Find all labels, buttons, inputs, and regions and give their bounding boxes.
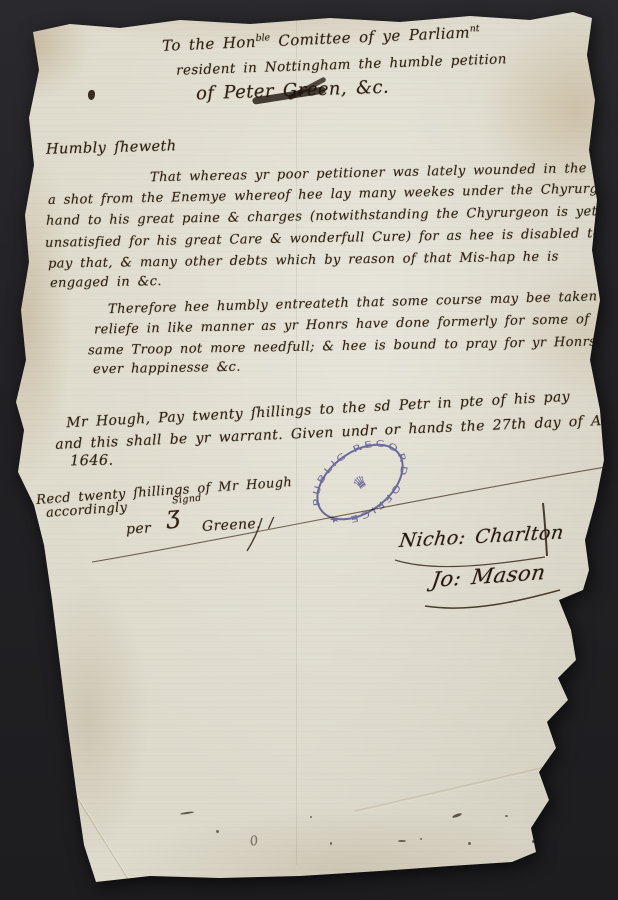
wrinkle-bottom-right <box>354 766 550 814</box>
public-record-office-stamp: PUBLIC RECORD OFFICE ★ ♛ <box>295 430 435 540</box>
fold-crease-vertical <box>296 20 297 865</box>
ink-speck <box>452 812 462 818</box>
stamp-oval-border <box>304 430 417 534</box>
petition-body-line: pay that, & many other debts which by re… <box>48 249 559 271</box>
petition-address-line-3: of Peter Green, &c. <box>196 77 390 105</box>
ink-speck <box>420 838 422 840</box>
petition-request-line: same Troop not more needfull; & hee is b… <box>88 335 597 359</box>
petition-request-line: ever happinesse &c. <box>93 360 241 378</box>
ink-speck <box>180 811 194 815</box>
receipt-per: per <box>126 520 152 537</box>
manuscript-paper: To the Honble Comittee of ye Parliamnt r… <box>0 0 618 900</box>
petition-address-line-1: To the Honble Comittee of ye Parliamnt <box>162 23 480 55</box>
ink-blot <box>88 90 95 100</box>
petition-body-line: unsatisfied for his great Care & wonderf… <box>45 226 601 251</box>
petition-body-line: That whereas yr poor petitioner was late… <box>150 160 618 186</box>
fold-crease-bottom-left <box>24 713 135 888</box>
petitioner-name: Peter Green <box>223 78 341 103</box>
ink-speck <box>216 830 219 833</box>
superscript-nt: nt <box>469 23 479 34</box>
address-text-mid: Comittee of ye Parliam <box>270 24 470 51</box>
order-date-year: 1646. <box>70 453 114 470</box>
ink-speck <box>505 815 508 817</box>
paper-shadow-wrap: To the Honble Comittee of ye Parliamnt r… <box>0 0 618 900</box>
etc-text: , &c. <box>340 77 389 100</box>
petition-body-line: hand to his great paine & charges (notwi… <box>46 204 598 229</box>
petition-body-line: a shot from the Enemye whereof hee lay m… <box>48 181 618 208</box>
receipt-name: Greene. / <box>202 515 275 535</box>
of-text: of <box>196 82 224 104</box>
show-through-zero: 0 <box>249 833 261 849</box>
salutation: Humbly ſheweth <box>46 138 177 157</box>
signature-underline-2 <box>425 590 560 608</box>
signature-nicho-charlton: Nicho: Charlton <box>398 521 565 552</box>
petitioner-mark: ʒ <box>165 500 181 529</box>
stamp-text: PUBLIC RECORD OFFICE ★ <box>297 430 424 540</box>
address-text: To the Hon <box>162 33 256 55</box>
ink-speck <box>398 840 406 842</box>
petition-address-line-2: resident in Nottingham the humble petiti… <box>176 51 507 79</box>
svg-text:PUBLIC RECORD OFFICE ★: PUBLIC RECORD OFFICE ★ <box>297 430 424 540</box>
stamp-text-path <box>306 432 413 531</box>
superscript-ble: ble <box>255 32 270 44</box>
signature-jo-mason: Jo: Mason <box>430 560 547 592</box>
manuscript-photo: To the Honble Comittee of ye Parliamnt r… <box>0 0 618 900</box>
ink-speck <box>330 842 332 845</box>
petition-body-line: engaged in &c. <box>50 274 162 291</box>
ink-speck <box>532 840 536 843</box>
ink-speck <box>468 842 471 845</box>
stamp-crown-icon: ♛ <box>349 471 372 495</box>
ink-speck <box>310 816 312 818</box>
